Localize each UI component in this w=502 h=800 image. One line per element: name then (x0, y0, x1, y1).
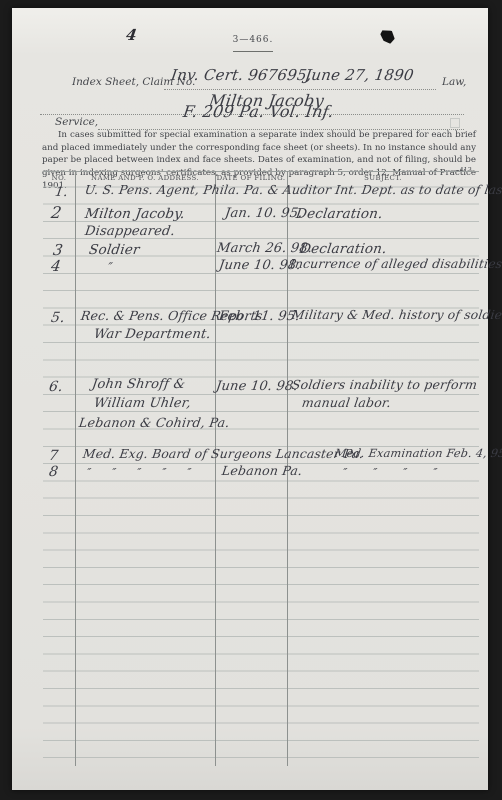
entry-8-subject-ditto: ″ ″ ″ ″ (342, 466, 438, 479)
stray-box-mark (450, 118, 460, 128)
entry-8-name-ditto: ″ ″ ″ ″ ″ (86, 466, 192, 479)
entry-3-subject: Declaration. (299, 241, 388, 257)
entry-6-name: John Shroff & (91, 377, 186, 392)
entry-1-no: 1. (54, 185, 69, 200)
service-value: F. 209 Pa. Vol. Inf. (182, 102, 335, 121)
document-sheet: 4 3—466. Index Sheet, Claim No. Inv. Cer… (12, 8, 488, 790)
column-divider-1 (75, 171, 76, 766)
entry-6-date: June 10. 98. (215, 379, 299, 394)
entry-6-name-line3: Lebanon & Cohird, Pa. (78, 415, 231, 430)
column-header-name: NAME AND P. O. ADDRESS. (75, 174, 215, 182)
claim-date-value: June 27, 1890 (304, 66, 415, 84)
entry-8-date: Lebanon Pa. (221, 463, 303, 478)
form-number: 3—466. (222, 35, 284, 45)
entry-2-subject: Declaration. (295, 206, 384, 222)
column-header-no: NO. (43, 174, 75, 182)
column-header-subject: SUBJECT. (287, 174, 479, 182)
entry-5-subject: Military & Med. history of soldier (291, 308, 502, 322)
entry-6-subject-line2: manual labor. (301, 395, 392, 410)
entry-6-no: 6. (48, 379, 64, 395)
entry-7-subject: Med. Examination Feb. 4, 95. (334, 447, 502, 460)
claim-number-value: Inv. Cert. 967695, (170, 66, 313, 84)
entry-7-text: Med. Exg. Board of Surgeons Lancaster Pa… (82, 447, 364, 461)
column-divider-2 (215, 171, 216, 766)
entry-2-name-line2: Disappeared. (84, 224, 176, 239)
form-number-underline (233, 51, 273, 52)
law-label: Law, (442, 76, 466, 88)
entry-5-date: Feb. 11. 95. (218, 309, 301, 324)
entry-5-name-line2: War Department. (93, 327, 212, 342)
ink-blot (379, 29, 396, 45)
entry-6-subject: Soldiers inability to perform (291, 377, 478, 392)
entry-2-name: Milton Jacoby. (84, 206, 186, 222)
entry-2-date: Jan. 10. 95. (224, 206, 304, 221)
entry-3-name: Soldier (88, 242, 141, 258)
service-label: Service, (55, 116, 98, 128)
column-header-date: DATE OF FILING. (215, 174, 287, 182)
entry-4-subject: Incurrence of alleged disabilities. (289, 257, 502, 271)
entry-6-name-line2: William Uhler, (93, 396, 192, 411)
handwritten-page-mark: 4 (125, 26, 138, 44)
entry-1-text: U. S. Pens. Agent, Phila. Pa. & Auditor … (84, 183, 502, 197)
entry-5-no: 5. (50, 310, 66, 326)
